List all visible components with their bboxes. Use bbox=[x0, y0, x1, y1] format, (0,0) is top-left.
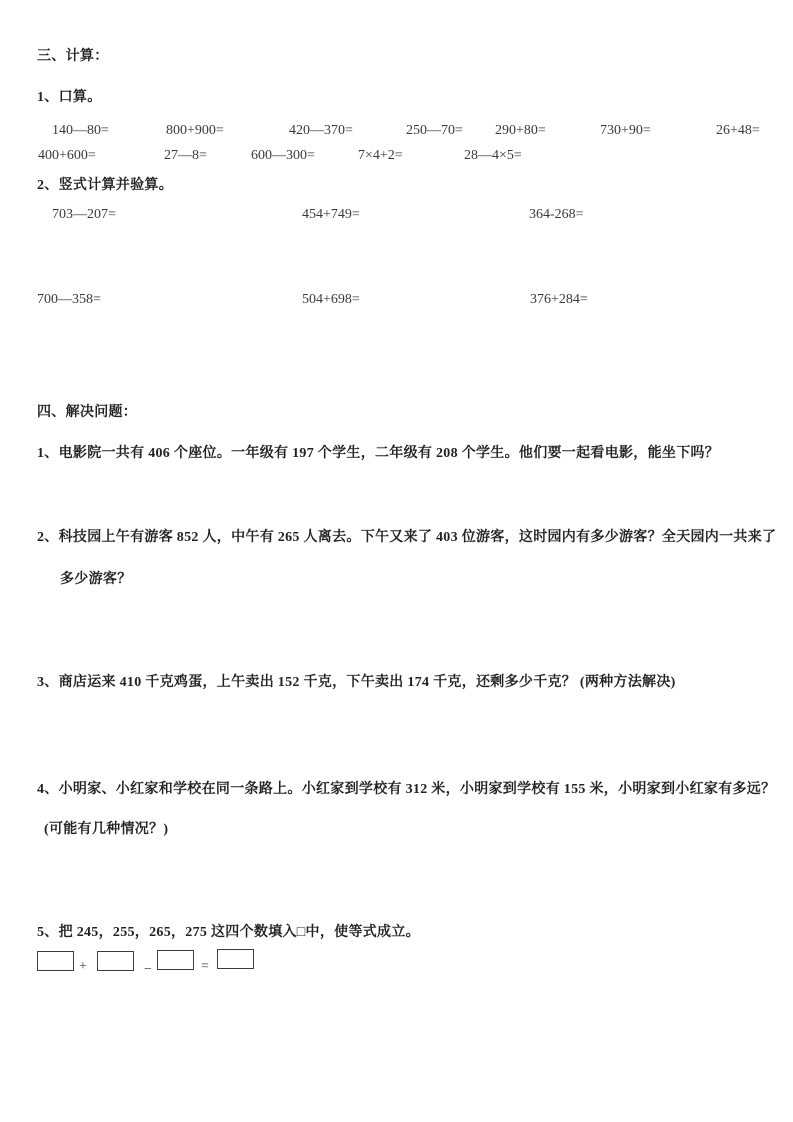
oral-problem: 28—4×5= bbox=[464, 148, 522, 164]
word-problem-2-line-1: 2、科技园上午有游客 852 人，中午有 265 人离去。下午又来了 403 位… bbox=[37, 529, 776, 546]
oral-problem: 140—80= bbox=[52, 123, 109, 139]
vertical-problem: 703—207= bbox=[52, 207, 116, 223]
oral-problem: 290+80= bbox=[495, 123, 546, 139]
word-problem-3: 3、商店运来 410 千克鸡蛋，上午卖出 152 千克，下午卖出 174 千克，… bbox=[37, 674, 676, 691]
vertical-calc-row-2: 700—358= 504+698= 376+284= bbox=[0, 292, 793, 310]
oral-calc-label: 1、口算。 bbox=[37, 89, 102, 106]
vertical-problem: 454+749= bbox=[302, 207, 360, 223]
worksheet-page: 三、计算： 1、口算。 140—80= 800+900= 420—370= 25… bbox=[0, 0, 793, 1122]
oral-problem: 400+600= bbox=[38, 148, 96, 164]
vertical-calc-label: 2、竖式计算并验算。 bbox=[37, 177, 173, 194]
word-problem-4-line-1: 4、小明家、小红家和学校在同一条路上。小红家到学校有 312 米，小明家到学校有… bbox=[37, 781, 775, 798]
answer-box-4[interactable] bbox=[217, 949, 254, 969]
word-problem-5: 5、把 245，255，265，275 这四个数填入□中，使等式成立。 bbox=[37, 924, 420, 941]
fill-in-equation-row: + − = bbox=[0, 948, 793, 978]
plus-operator: + bbox=[79, 959, 87, 975]
oral-problem: 7×4+2= bbox=[358, 148, 403, 164]
section-calc-title: 三、计算： bbox=[37, 48, 109, 65]
oral-problem: 800+900= bbox=[166, 123, 224, 139]
vertical-problem: 364-268= bbox=[529, 207, 584, 223]
vertical-problem: 700—358= bbox=[37, 292, 101, 308]
answer-box-2[interactable] bbox=[97, 951, 134, 971]
equals-operator: = bbox=[201, 959, 209, 975]
answer-box-1[interactable] bbox=[37, 951, 74, 971]
oral-problem: 250—70= bbox=[406, 123, 463, 139]
oral-problem: 730+90= bbox=[600, 123, 651, 139]
oral-problem: 27—8= bbox=[164, 148, 207, 164]
word-problem-2-line-2: 多少游客？ bbox=[60, 571, 132, 588]
answer-box-3[interactable] bbox=[157, 950, 194, 970]
oral-calc-row-2: 400+600= 27—8= 600—300= 7×4+2= 28—4×5= bbox=[0, 148, 793, 166]
section-problems-title: 四、解决问题： bbox=[37, 404, 137, 421]
oral-calc-row-1: 140—80= 800+900= 420—370= 250—70= 290+80… bbox=[0, 123, 793, 141]
vertical-problem: 376+284= bbox=[530, 292, 588, 308]
minus-operator: − bbox=[144, 962, 152, 978]
oral-problem: 26+48= bbox=[716, 123, 760, 139]
vertical-problem: 504+698= bbox=[302, 292, 360, 308]
oral-problem: 420—370= bbox=[289, 123, 353, 139]
word-problem-4-line-2: (可能有几种情况？) bbox=[44, 821, 168, 838]
oral-problem: 600—300= bbox=[251, 148, 315, 164]
word-problem-1: 1、电影院一共有 406 个座位。一年级有 197 个学生，二年级有 208 个… bbox=[37, 445, 719, 462]
vertical-calc-row-1: 703—207= 454+749= 364-268= bbox=[0, 207, 793, 225]
